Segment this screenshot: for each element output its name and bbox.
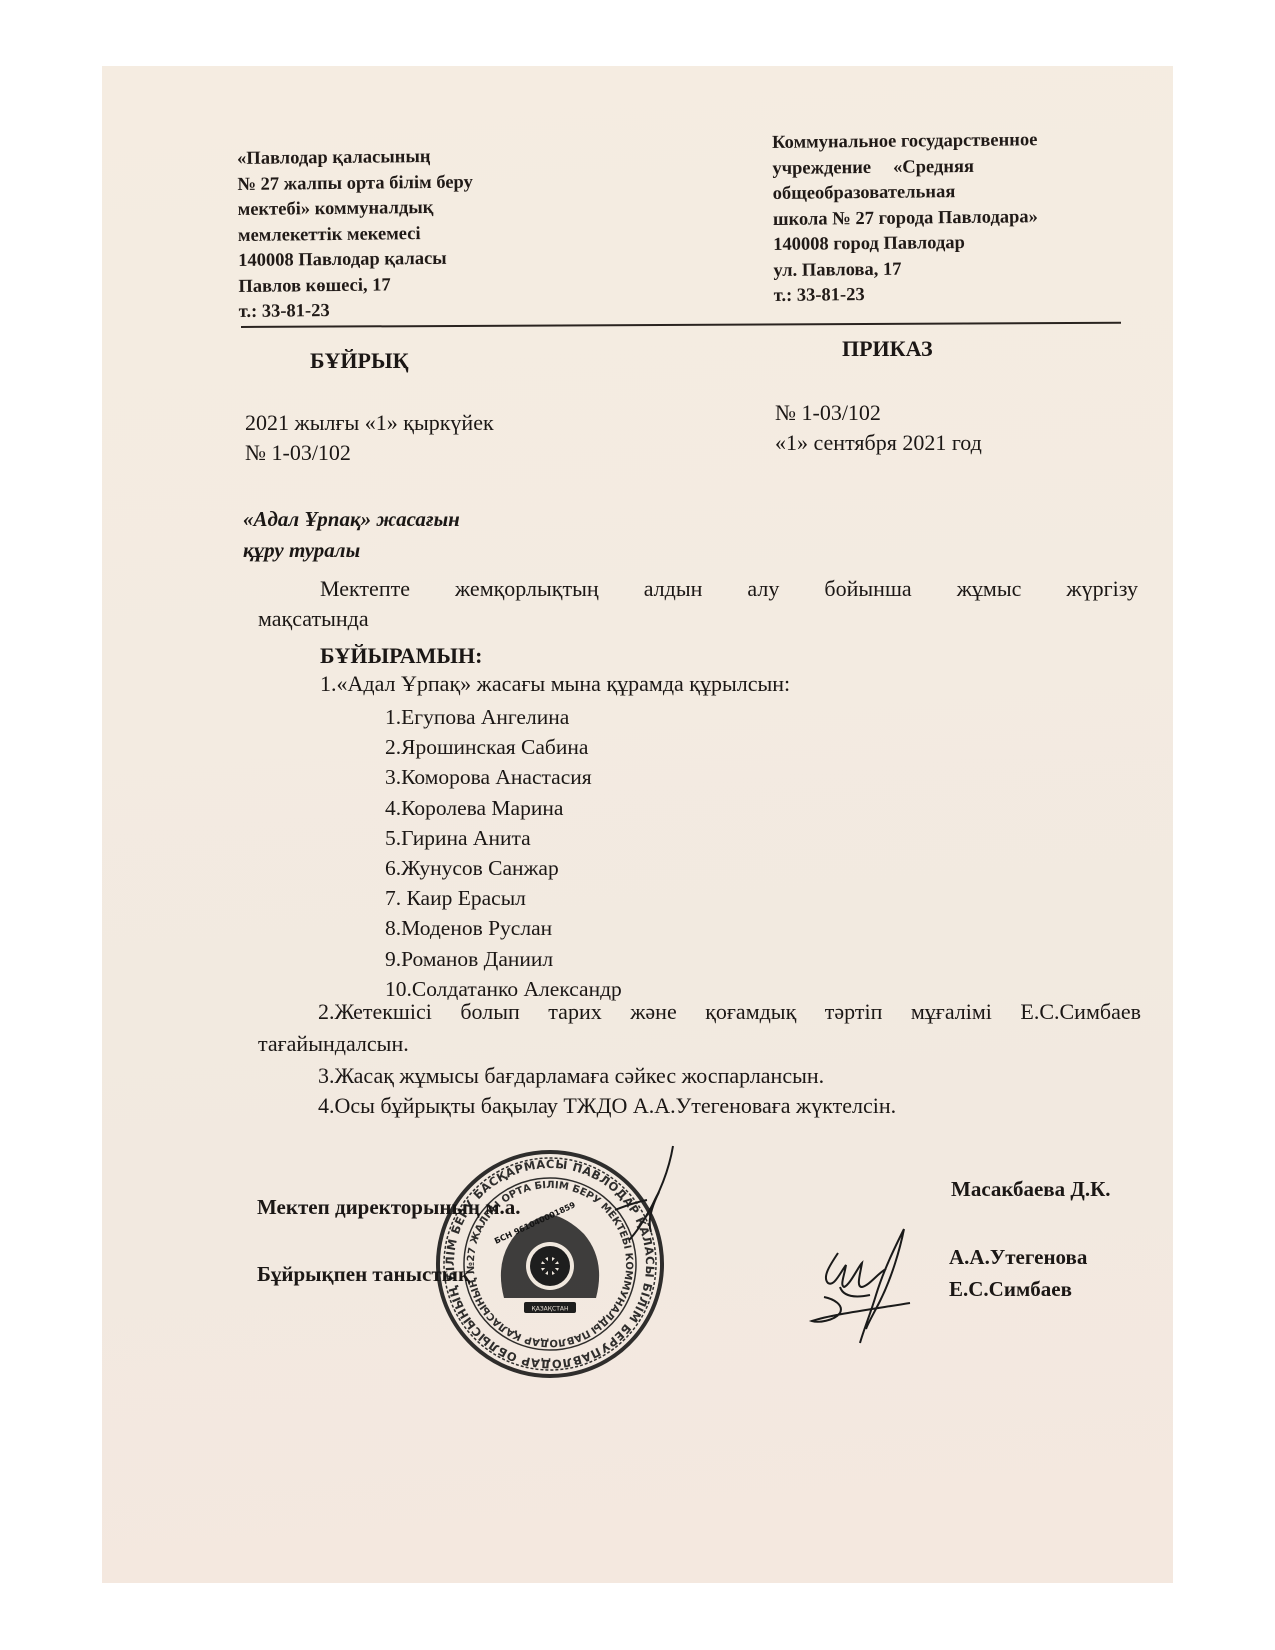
- list-item: 1.Егупова Ангелина: [385, 702, 622, 732]
- list-item: 4.Королева Марина: [385, 793, 622, 823]
- order-number-russian: № 1-03/102: [775, 398, 982, 428]
- list-item: 8.Моденов Руслан: [385, 913, 622, 943]
- list-item: 3.Коморова Анастасия: [385, 762, 622, 792]
- kz-header-line: 140008 Павлодар қаласы: [238, 247, 474, 275]
- ru-header-line: Коммунальное государственное: [772, 128, 1038, 156]
- subject-line: құру туралы: [243, 535, 460, 566]
- title-russian: ПРИКАЗ: [842, 336, 933, 362]
- acquaintance-signature-icon: [800, 1225, 925, 1345]
- order-item-1: 1.«Адал Ұрпақ» жасағы мына құрамда құрыл…: [320, 671, 790, 697]
- kz-header-line: мемлекеттік мекемесі: [238, 221, 474, 249]
- russian-organization-header: Коммунальное государственное учреждение«…: [772, 128, 1039, 309]
- list-item: 2.Ярошинская Сабина: [385, 732, 622, 762]
- order-item-4: 4.Осы бұйрықты бақылау ТЖДО А.А.Утегенов…: [318, 1093, 896, 1119]
- ru-header-line: 140008 город Павлодар: [773, 230, 1039, 258]
- kz-header-line: «Павлодар қаласының: [237, 145, 473, 173]
- ru-header-line-part: «Средняя: [893, 156, 974, 177]
- ru-header-line: ул. Павлова, 17: [773, 256, 1039, 284]
- ru-header-phone: т.: 33-81-23: [774, 281, 1040, 309]
- order-date-russian: «1» сентября 2021 год: [775, 428, 982, 458]
- kz-header-line: № 27 жалпы орта білім беру: [237, 170, 473, 198]
- ru-header-line: учреждение«Средняя: [772, 154, 1038, 182]
- stamp-emblem-label: ҚАЗАҚСТАН: [531, 1306, 568, 1313]
- preamble-continuation: мақсатында: [258, 606, 369, 632]
- director-signature-icon: [585, 1140, 705, 1260]
- kz-header-line: мектебі» коммуналдық: [238, 196, 474, 224]
- order-item-2: 2.Жетекшісі болып тарих және қоғамдық тә…: [318, 999, 1141, 1025]
- kz-header-line: Павлов көшесі, 17: [238, 272, 474, 300]
- order-meta-russian: № 1-03/102 «1» сентября 2021 год: [775, 398, 982, 458]
- ru-header-line: школа № 27 города Павлодара»: [773, 205, 1039, 233]
- kz-header-phone: т.: 33-81-23: [239, 298, 475, 326]
- director-name: Масакбаева Д.К.: [951, 1177, 1111, 1202]
- title-kazakh: БҰЙРЫҚ: [310, 348, 409, 374]
- order-meta-kazakh: 2021 жылғы «1» қыркүйек № 1-03/102: [245, 408, 494, 468]
- ru-header-line-part: учреждение: [772, 157, 871, 178]
- list-item: 7. Каир Ерасыл: [385, 883, 622, 913]
- acquainted-name: А.А.Утегенова: [949, 1245, 1087, 1270]
- order-number-kazakh: № 1-03/102: [245, 438, 494, 468]
- subject-line: «Адал Ұрпақ» жасағын: [243, 504, 460, 535]
- list-item: 9.Романов Даниил: [385, 944, 622, 974]
- members-list: 1.Егупова Ангелина 2.Ярошинская Сабина 3…: [385, 702, 622, 1004]
- order-item-2-continuation: тағайындалсын.: [258, 1031, 409, 1057]
- acquainted-name: Е.С.Симбаев: [949, 1277, 1072, 1302]
- kazakh-organization-header: «Павлодар қаласының № 27 жалпы орта білі…: [237, 145, 474, 326]
- preamble: Мектепте жемқорлықтың алдын алу бойынша …: [258, 573, 1138, 605]
- order-subject: «Адал Ұрпақ» жасағын құру туралы: [243, 504, 460, 566]
- order-word: БҰЙЫРАМЫН:: [320, 643, 482, 669]
- ru-header-line: общеобразовательная: [773, 179, 1039, 207]
- order-date-kazakh: 2021 жылғы «1» қыркүйек: [245, 408, 494, 438]
- order-item-3: 3.Жасақ жұмысы бағдарламаға сәйкес жоспа…: [318, 1063, 824, 1089]
- list-item: 5.Гирина Анита: [385, 823, 622, 853]
- list-item: 6.Жунусов Санжар: [385, 853, 622, 883]
